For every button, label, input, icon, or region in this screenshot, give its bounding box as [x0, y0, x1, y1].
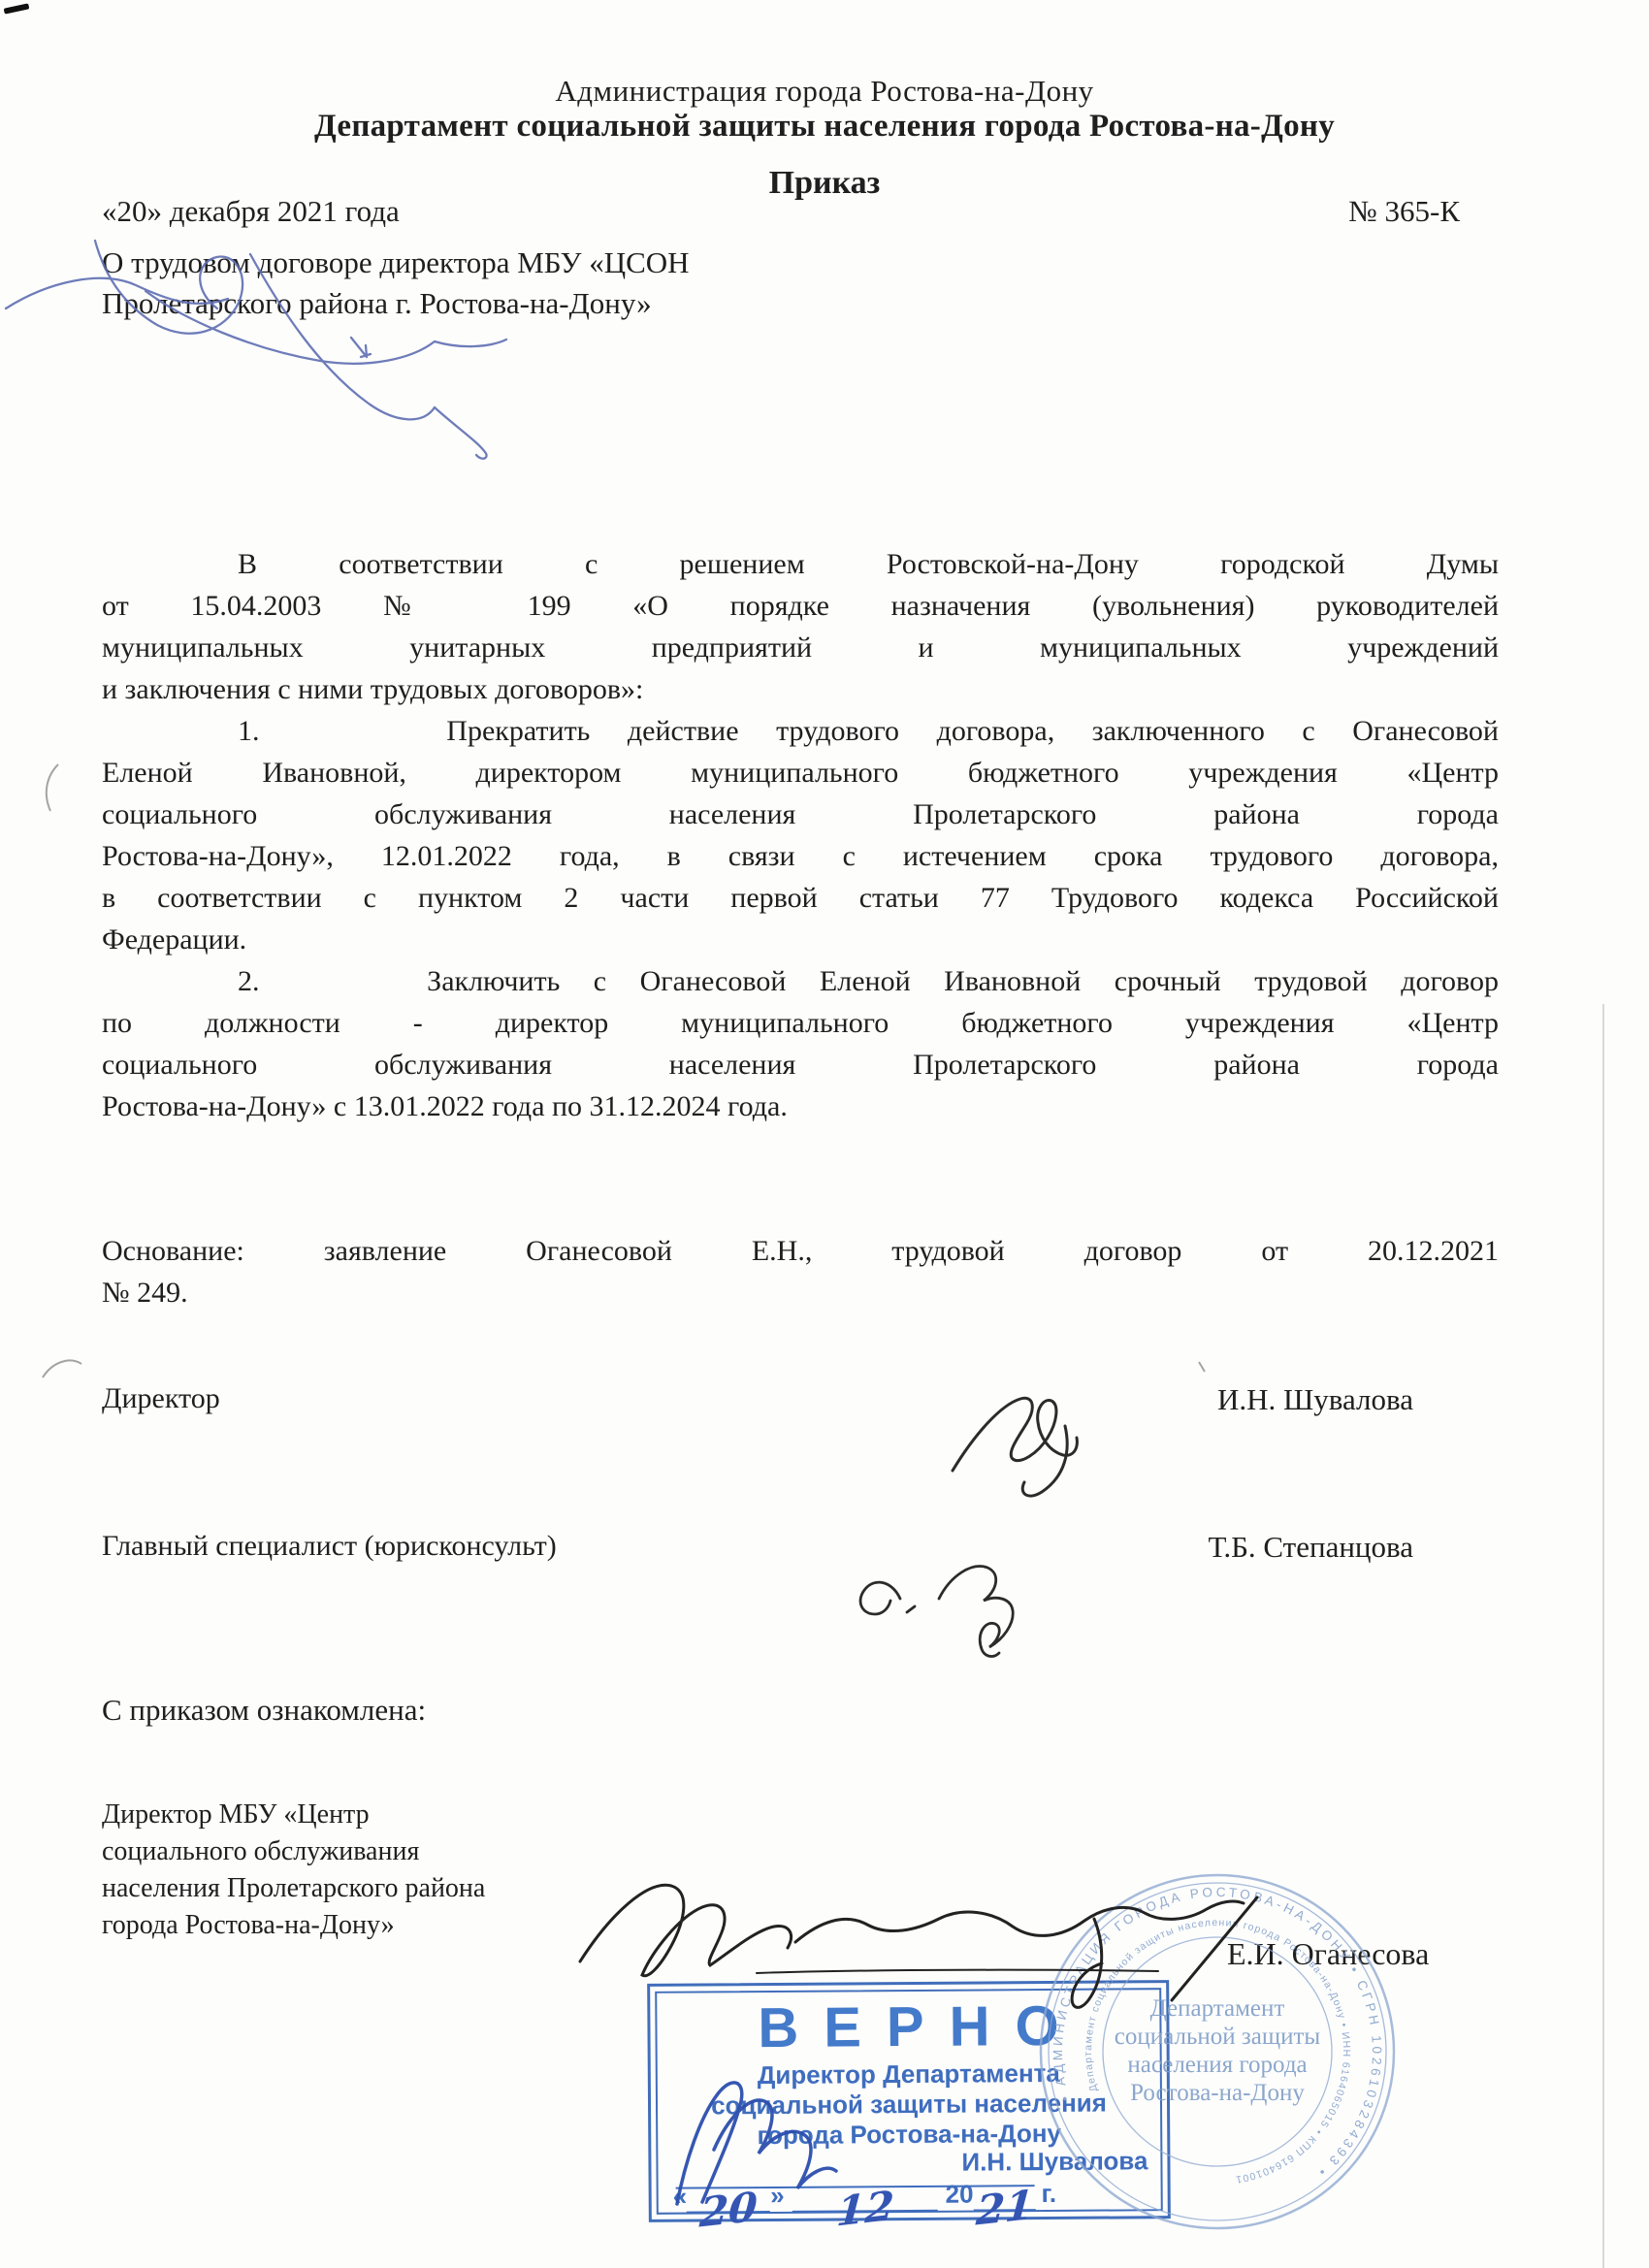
subject-block: О трудовом договоре директора МБУ «ЦСОН … — [102, 243, 975, 324]
signatory-name: Т.Б. Степанцова — [1209, 1530, 1499, 1565]
text-line: муниципальных унитарных предприятий и му… — [102, 627, 1499, 668]
stamp-date-day-blank: 20 — [687, 2182, 770, 2214]
text-line: В соответствии с решением Ростовской-на-… — [102, 543, 1499, 585]
document-date: «20» декабря 2021 года — [102, 194, 400, 229]
text-line: по должности - директор муниципального б… — [102, 1002, 1499, 1044]
round-department-stamp: • АДМИНИСТРАЦИЯ ГОРОДА РОСТОВА-НА-ДОНУ •… — [1009, 1843, 1426, 2260]
ack-line: Директор МБУ «Центр — [102, 1797, 606, 1833]
org-name-line2: Департамент социальной защиты населения … — [0, 109, 1649, 145]
handwritten-day: 20 — [698, 2183, 759, 2236]
round-stamp-center-line: социальной защиты — [1115, 2024, 1321, 2050]
text-line: от 15.04.2003 № 199 «О порядке назначени… — [102, 585, 1499, 627]
stamp-date-month-blank: 12 — [792, 2181, 938, 2213]
ack-line: города Ростова-на-Дону» — [102, 1907, 606, 1944]
text-line: № 249. — [102, 1272, 1499, 1313]
text-line: Ростова-на-Дону» с 13.01.2022 года по 31… — [102, 1085, 1499, 1127]
org-name-line1: Администрация города Ростова-на-Дону — [0, 74, 1649, 109]
text-line: Основание: заявление Оганесовой Е.Н., тр… — [102, 1230, 1499, 1272]
paragraph-intro: В соответствии с решением Ростовской-на-… — [102, 543, 1499, 710]
acknowledgement-block: Директор МБУ «Центр социального обслужив… — [102, 1797, 606, 1944]
stamp-date-quote: « — [673, 2182, 688, 2212]
stamp-date-year-prefix: 20 — [946, 2180, 974, 2210]
text-line: социального обслуживания населения Проле… — [102, 794, 1499, 835]
round-stamp-center-line: населения города — [1127, 2052, 1307, 2078]
signature-stepantsova — [860, 1567, 1013, 1657]
signatory-title: Главный специалист (юрисконсульт) — [102, 1530, 557, 1565]
text-line: Ростова-на-Дону», 12.01.2022 года, в свя… — [102, 835, 1499, 877]
scanned-order-document: Администрация города Ростова-на-Дону Деп… — [0, 0, 1649, 2268]
text-line: в соответствии с пунктом 2 части первой … — [102, 877, 1499, 919]
text-line: 1. Прекратить действие трудового договор… — [102, 710, 1499, 752]
text-line: и заключения с ними трудовых договоров»: — [102, 668, 1499, 710]
subject-line: О трудовом договоре директора МБУ «ЦСОН — [102, 243, 975, 283]
date-number-row: «20» декабря 2021 года № 365-К — [102, 194, 1499, 229]
signature-row-specialist: Главный специалист (юрисконсульт) Т.Б. С… — [102, 1530, 1499, 1565]
subject-line: Пролетарского района г. Ростова-на-Дону» — [102, 283, 975, 324]
acknowledgement-label: С приказом ознакомлена: — [102, 1693, 426, 1728]
stamp-date-quote: » — [770, 2181, 785, 2211]
body-text: В соответствии с решением Ростовской-на-… — [102, 543, 1499, 1127]
basis-paragraph: Основание: заявление Оганесовой Е.Н., тр… — [102, 1230, 1499, 1313]
paragraph-item-2: 2. Заключить с Оганесовой Еленой Ивановн… — [102, 960, 1499, 1127]
scan-edge-line — [1602, 1004, 1604, 2268]
paragraph-item-1: 1. Прекратить действие трудового договор… — [102, 710, 1499, 960]
text-line: 2. Заключить с Оганесовой Еленой Ивановн… — [102, 960, 1499, 1002]
text-line: Еленой Ивановной, директором муниципальн… — [102, 752, 1499, 794]
scan-corner-mark — [4, 3, 30, 14]
round-stamp-center-line: Ростова-на-Дону — [1130, 2080, 1305, 2106]
document-number: № 365-К — [1348, 194, 1499, 229]
ack-line: социального обслуживания — [102, 1833, 606, 1870]
text-line: социального обслуживания населения Проле… — [102, 1044, 1499, 1085]
signatory-title: Директор — [102, 1382, 220, 1417]
handwritten-month: 12 — [835, 2182, 895, 2235]
text-line: Федерации. — [102, 919, 1499, 960]
signatory-name: И.Н. Шувалова — [1217, 1382, 1499, 1417]
ack-line: населения Пролетарского района — [102, 1870, 606, 1907]
round-stamp-center-line: Департамент — [1150, 1995, 1285, 2022]
signature-row-director: Директор И.Н. Шувалова — [102, 1382, 1499, 1417]
